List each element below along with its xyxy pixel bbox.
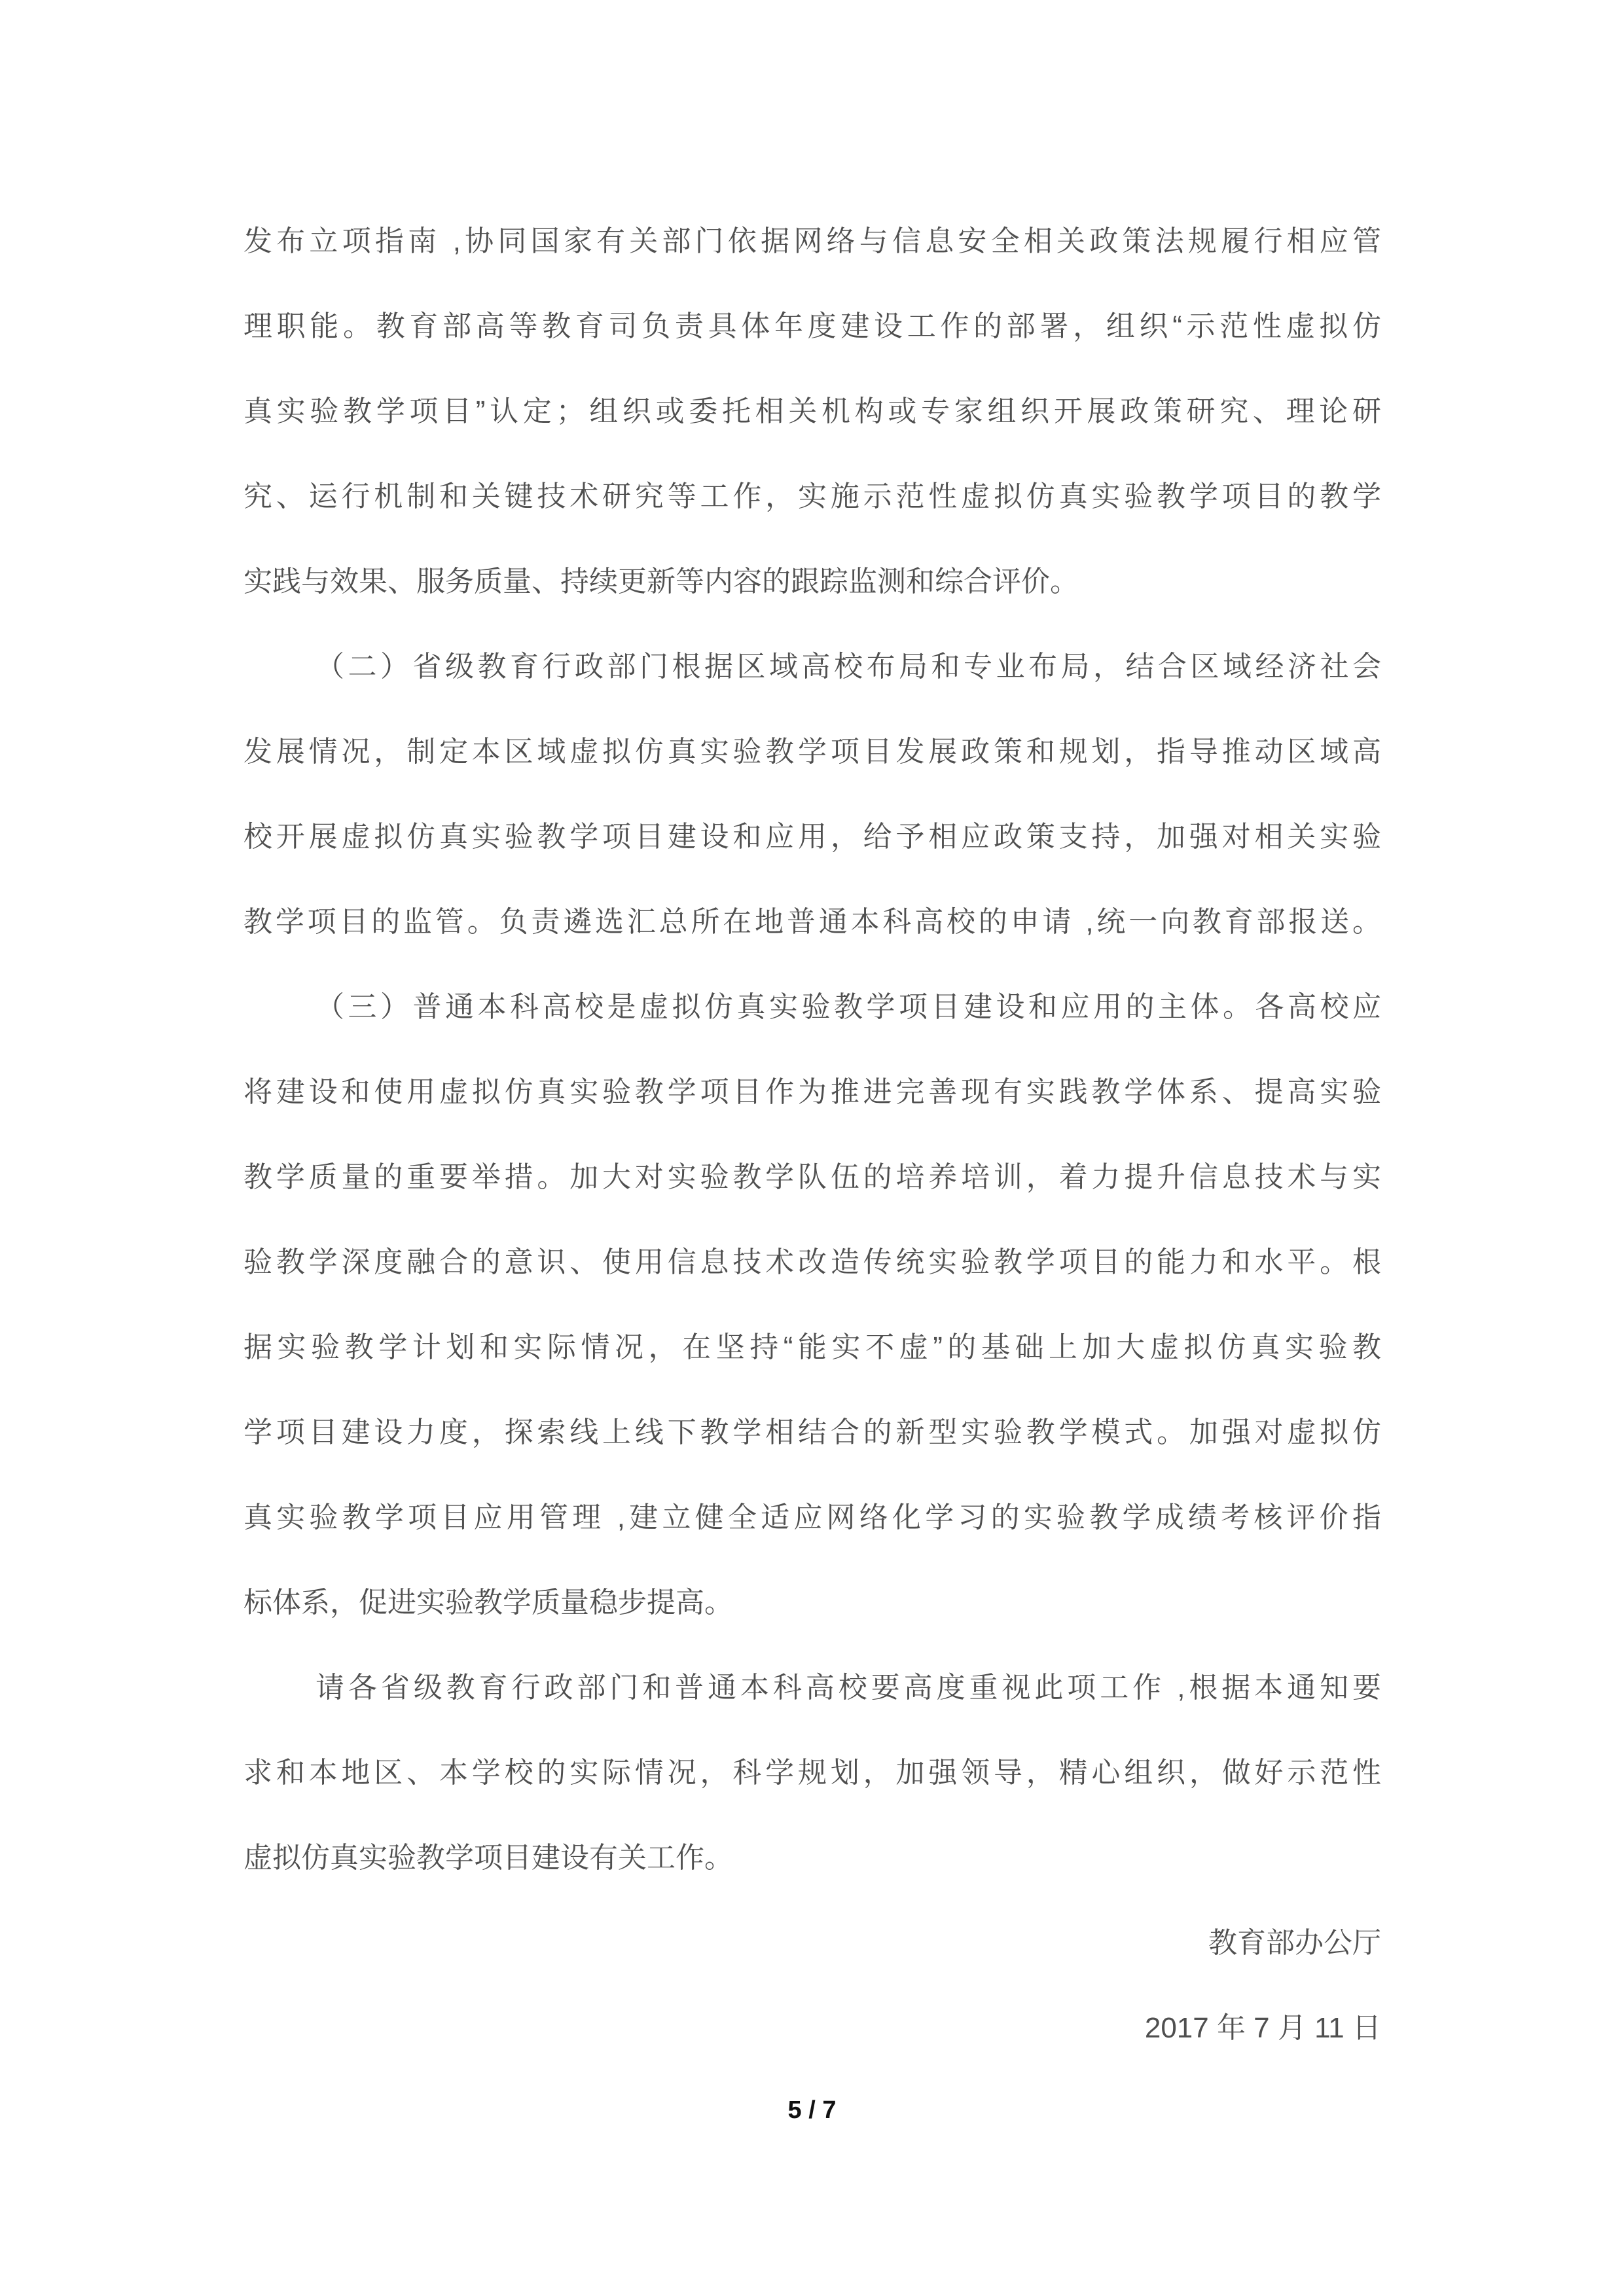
page-number: 5 / 7	[0, 2094, 1624, 2126]
text-line-10: （三）普通本科高校是虚拟仿真实验教学项目建设和应用的主体。各高校应	[244, 965, 1381, 1050]
text-line-9: 教学项目的监管。负责遴选汇总所在地普通本科高校的申请 ,统一向教育部报送。	[244, 880, 1381, 965]
text-line-18: 请各省级教育行政部门和普通本科高校要高度重视此项工作 ,根据本通知要	[244, 1645, 1381, 1731]
text-line-14: 据实验教学计划和实际情况，在坚持“能实不虚”的基础上加大虚拟仿真实验教	[244, 1305, 1381, 1390]
text-line-2: 理职能。教育部高等教育司负责具体年度建设工作的部署，组织“示范性虚拟仿	[244, 284, 1381, 369]
text-line-7: 发展情况，制定本区域虚拟仿真实验教学项目发展政策和规划，指导推动区域高	[244, 709, 1381, 795]
text-line-8: 校开展虚拟仿真实验教学项目建设和应用，给予相应政策支持，加强对相关实验	[244, 795, 1381, 880]
signature-line: 教育部办公厅	[244, 1901, 1381, 1986]
text-line-16: 真实验教学项目应用管理 ,建立健全适应网络化学习的实验教学成绩考核评价指	[244, 1475, 1381, 1560]
text-line-15: 学项目建设力度，探索线上线下教学相结合的新型实验教学模式。加强对虚拟仿	[244, 1390, 1381, 1475]
text-line-12: 教学质量的重要举措。加大对实验教学队伍的培养培训，着力提升信息技术与实	[244, 1135, 1381, 1220]
date-line: 2017 年 7 月 11 日	[244, 1986, 1381, 2071]
text-line-1: 发布立项指南 ,协同国家有关部门依据网络与信息安全相关政策法规履行相应管	[244, 199, 1381, 284]
text-line-11: 将建设和使用虚拟仿真实验教学项目作为推进完善现有实践教学体系、提高实验	[244, 1050, 1381, 1135]
document-body: 发布立项指南 ,协同国家有关部门依据网络与信息安全相关政策法规履行相应管 理职能…	[244, 199, 1381, 2071]
text-line-19: 求和本地区、本学校的实际情况，科学规划，加强领导，精心组织，做好示范性	[244, 1731, 1381, 1816]
text-line-4: 究、运行机制和关键技术研究等工作，实施示范性虚拟仿真实验教学项目的教学	[244, 454, 1381, 539]
text-line-5: 实践与效果、服务质量、持续更新等内容的跟踪监测和综合评价。	[244, 539, 1381, 624]
text-line-17: 标体系，促进实验教学质量稳步提高。	[244, 1560, 1381, 1645]
document-page: 发布立项指南 ,协同国家有关部门依据网络与信息安全相关政策法规履行相应管 理职能…	[0, 0, 1624, 2296]
text-line-3: 真实验教学项目”认定；组织或委托相关机构或专家组织开展政策研究、理论研	[244, 369, 1381, 454]
text-line-6: （二）省级教育行政部门根据区域高校布局和专业布局，结合区域经济社会	[244, 624, 1381, 709]
text-line-13: 验教学深度融合的意识、使用信息技术改造传统实验教学项目的能力和水平。根	[244, 1220, 1381, 1305]
text-line-20: 虚拟仿真实验教学项目建设有关工作。	[244, 1816, 1381, 1901]
